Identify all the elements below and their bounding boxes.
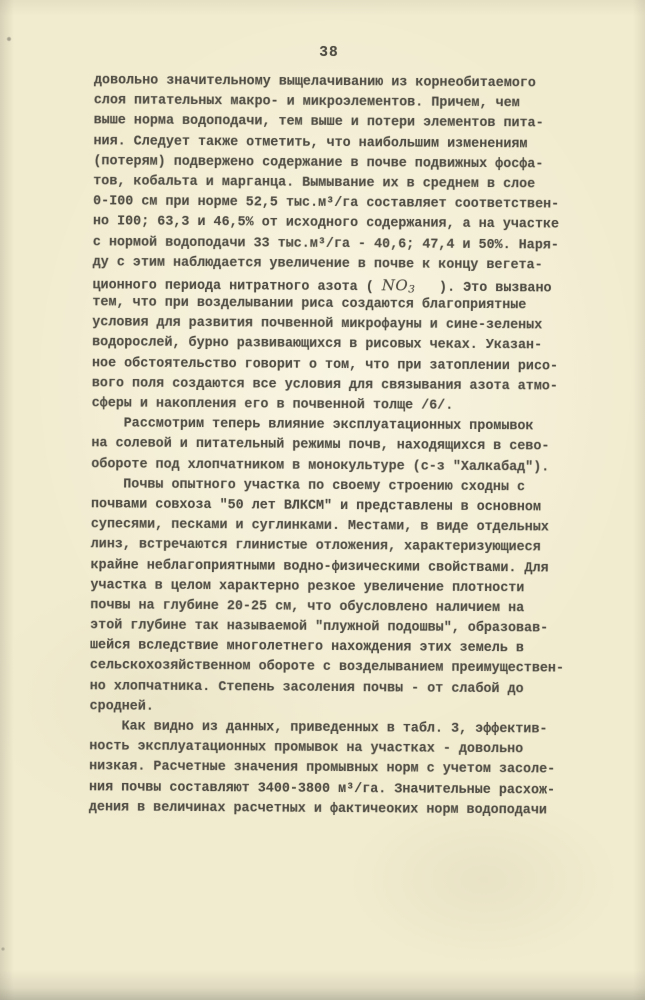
text-line: дения в величинах расчетных и фактичеоки… xyxy=(89,798,589,822)
text-line: выше норма водоподачи, тем выше и потери… xyxy=(94,112,594,136)
page-body-text: довольно значительному выщелачиванию из … xyxy=(89,71,594,821)
page-number: 38 xyxy=(84,45,574,61)
nitrate-formula-subscript: 3 xyxy=(408,283,415,295)
text-segment: ). Это вызвано xyxy=(415,280,552,296)
text-line: низкая. Расчетные значения промывных нор… xyxy=(89,758,589,782)
scanned-typescript-page: 38 довольно значительному выщелачиванию … xyxy=(0,0,645,1000)
text-segment: ционного периода нитратного азота ( xyxy=(92,278,381,295)
text-line: но I00; 63,3 и 46,5% от исходного содерж… xyxy=(93,213,593,237)
nitrate-formula: NO xyxy=(382,276,409,294)
text-line: линз, встречаются глинистые отложения, х… xyxy=(91,536,591,560)
text-line: но хлопчатника. Степень засоления почвы … xyxy=(90,677,590,701)
text-line: на солевой и питательный режимы почв, на… xyxy=(91,435,591,459)
